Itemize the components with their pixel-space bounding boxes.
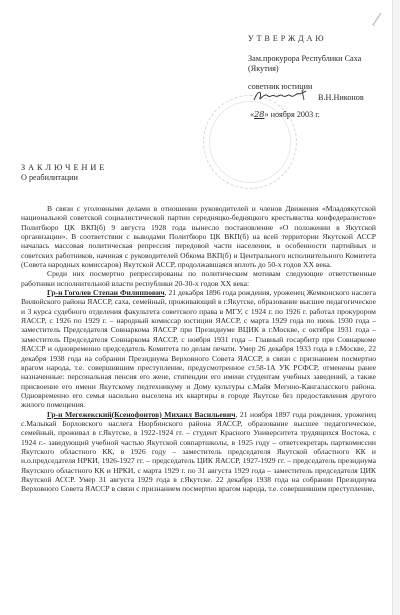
person-entry: Гр-н Мегежекский(Ксенофонтов) Михаил Вас… bbox=[21, 410, 376, 494]
document-subheading: О реабилитации bbox=[21, 173, 107, 183]
pen-mark-icon bbox=[370, 10, 384, 28]
date-day: 28 bbox=[254, 109, 264, 119]
approval-block: УТВЕРЖДАЮ Зам.прокурора Республики Саха … bbox=[248, 34, 364, 120]
person-bio: , 21 ноября 1897 года рождения, уроженец… bbox=[21, 410, 376, 494]
signature-icon bbox=[252, 88, 312, 104]
document-body: В связи с уголовными делами в отношении … bbox=[21, 204, 376, 494]
document-heading: ЗАКЛЮЧЕНИЕ bbox=[21, 163, 107, 173]
date-rest: » ноября 2003 г. bbox=[265, 110, 320, 119]
person-entry: Гр-н Гоголев Степан Филиппович, 21 декаб… bbox=[21, 288, 376, 409]
document-page: УТВЕРЖДАЮ Зам.прокурора Республики Саха … bbox=[0, 0, 393, 615]
approval-title: УТВЕРЖДАЮ bbox=[248, 34, 364, 44]
person-bio: , 21 декабря 1896 года рождения, урожене… bbox=[21, 288, 376, 409]
conclusion-heading-block: ЗАКЛЮЧЕНИЕ О реабилитации bbox=[21, 163, 107, 183]
paragraph-intro: В связи с уголовными делами в отношении … bbox=[21, 204, 376, 269]
paragraph-list-intro: Среди них посмертно репрессированы по по… bbox=[21, 269, 376, 288]
approval-position-line1: Зам.прокурора Республики Саха bbox=[248, 54, 364, 64]
approval-date: «28» ноября 2003 г. bbox=[248, 109, 364, 120]
approval-position-line2: (Якутия) bbox=[248, 64, 364, 74]
person-name: Гр-н Гоголев Степан Филиппович bbox=[47, 288, 165, 297]
person-name: Гр-н Мегежекский(Ксенофонтов) Михаил Вас… bbox=[47, 410, 235, 419]
